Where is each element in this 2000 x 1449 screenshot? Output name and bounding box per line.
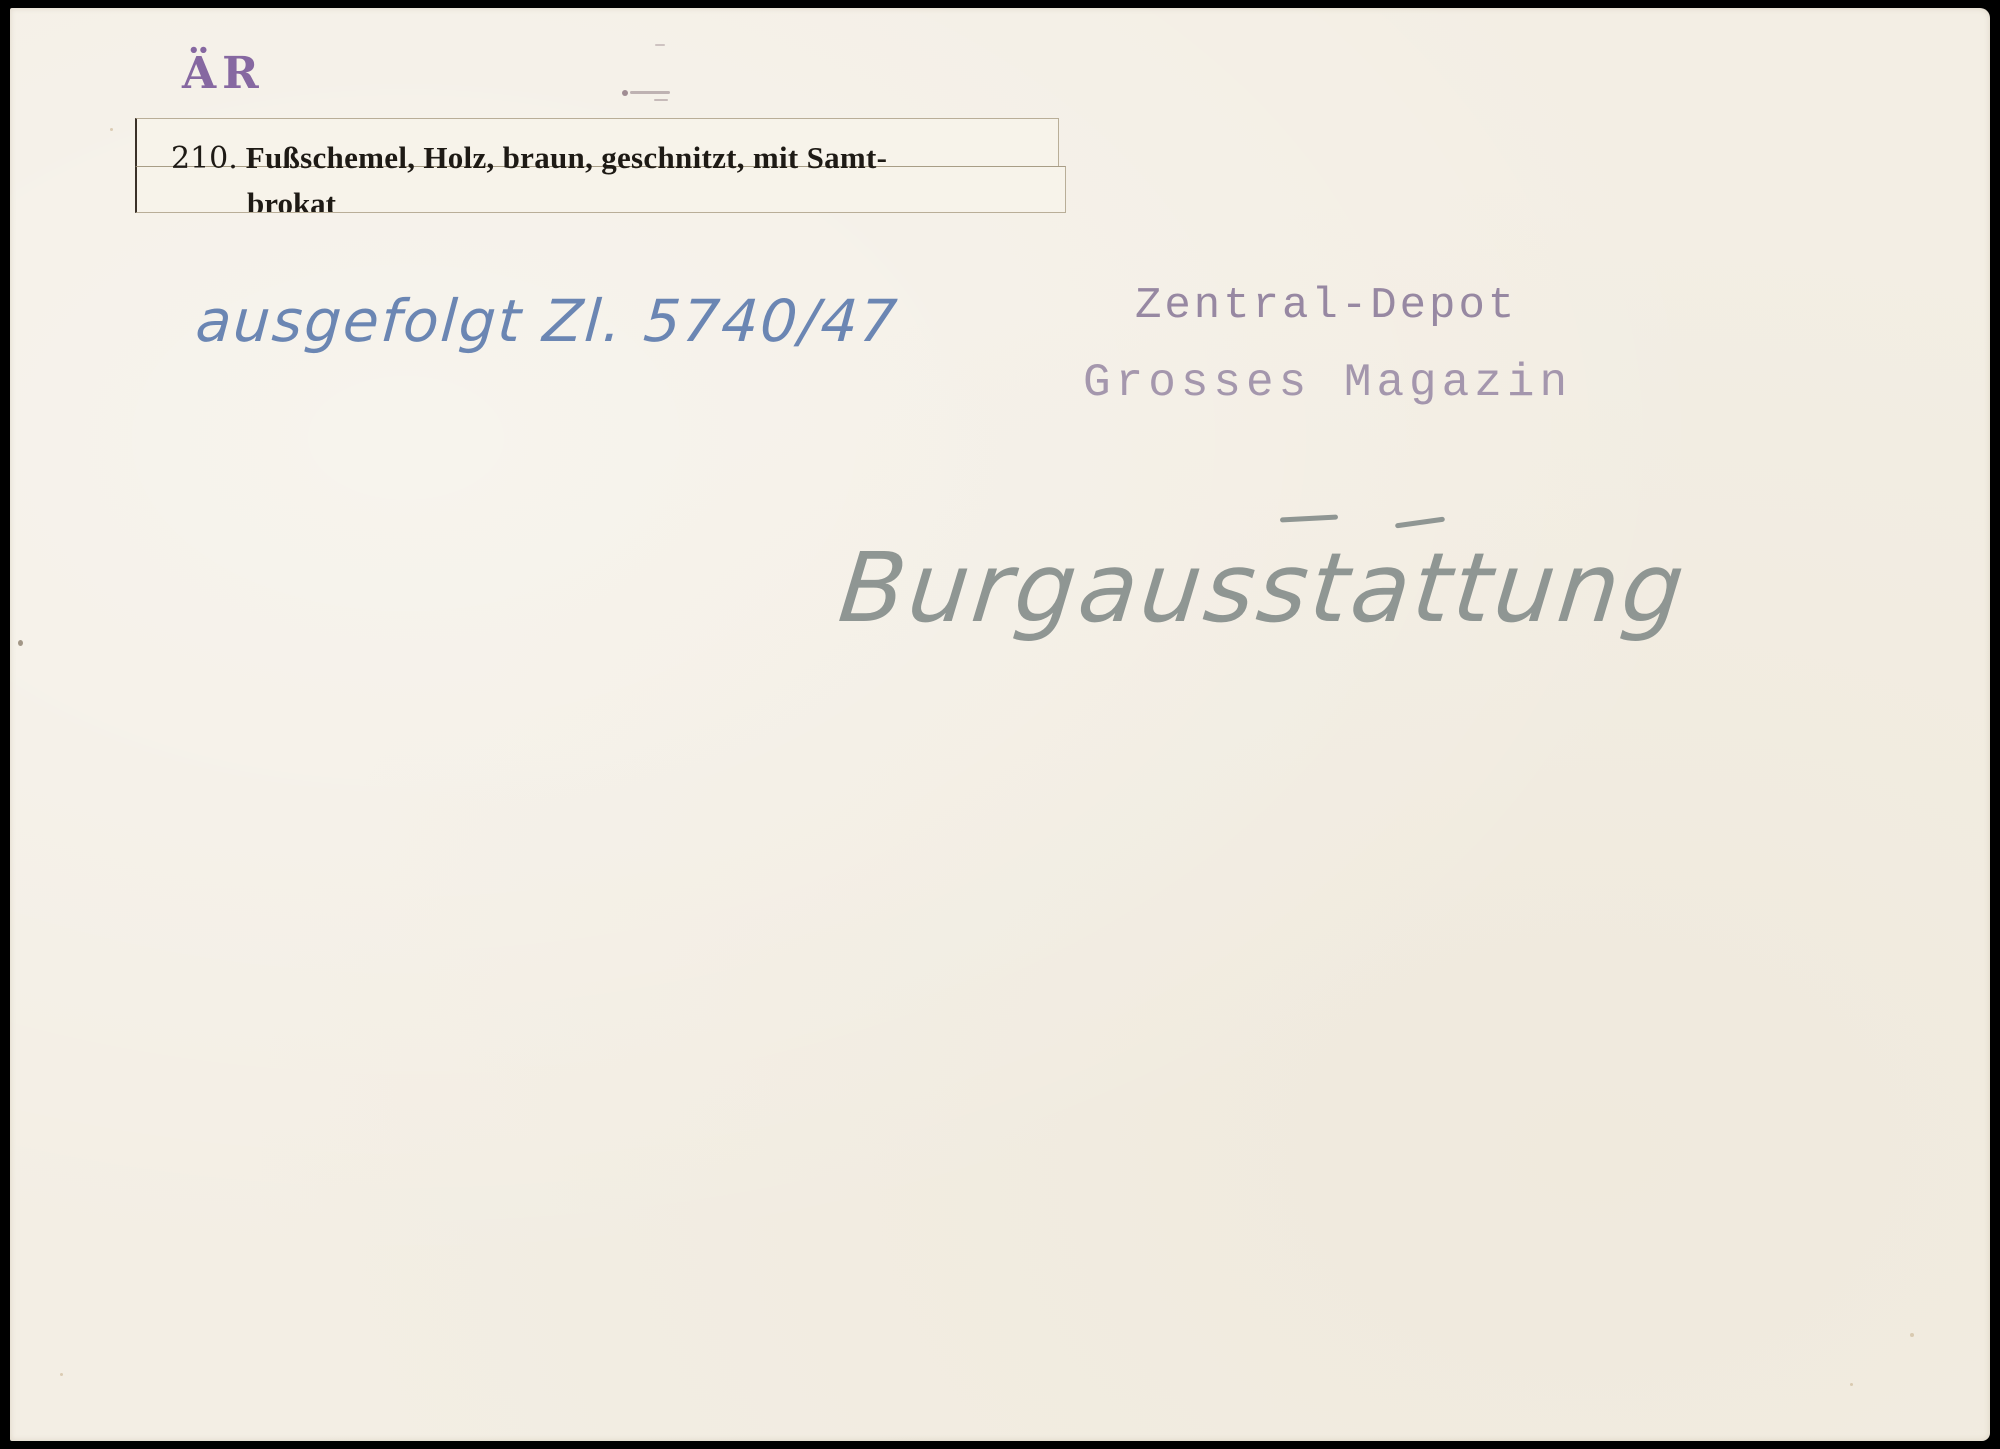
item-description: Fußschemel, Holz, braun, geschnitzt, mit… <box>246 140 888 175</box>
pasted-label-line1: 210.Fußschemel, Holz, braun, geschnitzt,… <box>171 142 887 174</box>
stamp-grosses-magazin: Grosses Magazin <box>1083 360 1572 406</box>
pasted-label-line2: brokat <box>247 188 336 212</box>
handwritten-release-note: ausgefolgt Zl. 5740/47 <box>194 292 901 350</box>
stamp-ar: ÄR <box>182 52 265 96</box>
paper-speck <box>60 1373 63 1376</box>
ink-smudge <box>654 99 668 101</box>
archive-card <box>10 8 1990 1441</box>
paper-speck <box>1850 1383 1853 1386</box>
stamp-zentral-depot: Zentral-Depot <box>1135 284 1517 328</box>
paper-speck <box>1910 1333 1914 1337</box>
ink-smudge <box>630 91 670 94</box>
paper-speck <box>18 640 23 646</box>
pencil-annotation: Burgausstattung <box>835 540 1691 636</box>
item-number: 210. <box>171 141 238 176</box>
ink-smudge <box>655 44 665 46</box>
ink-smudge <box>622 90 628 96</box>
paper-speck <box>110 128 113 131</box>
